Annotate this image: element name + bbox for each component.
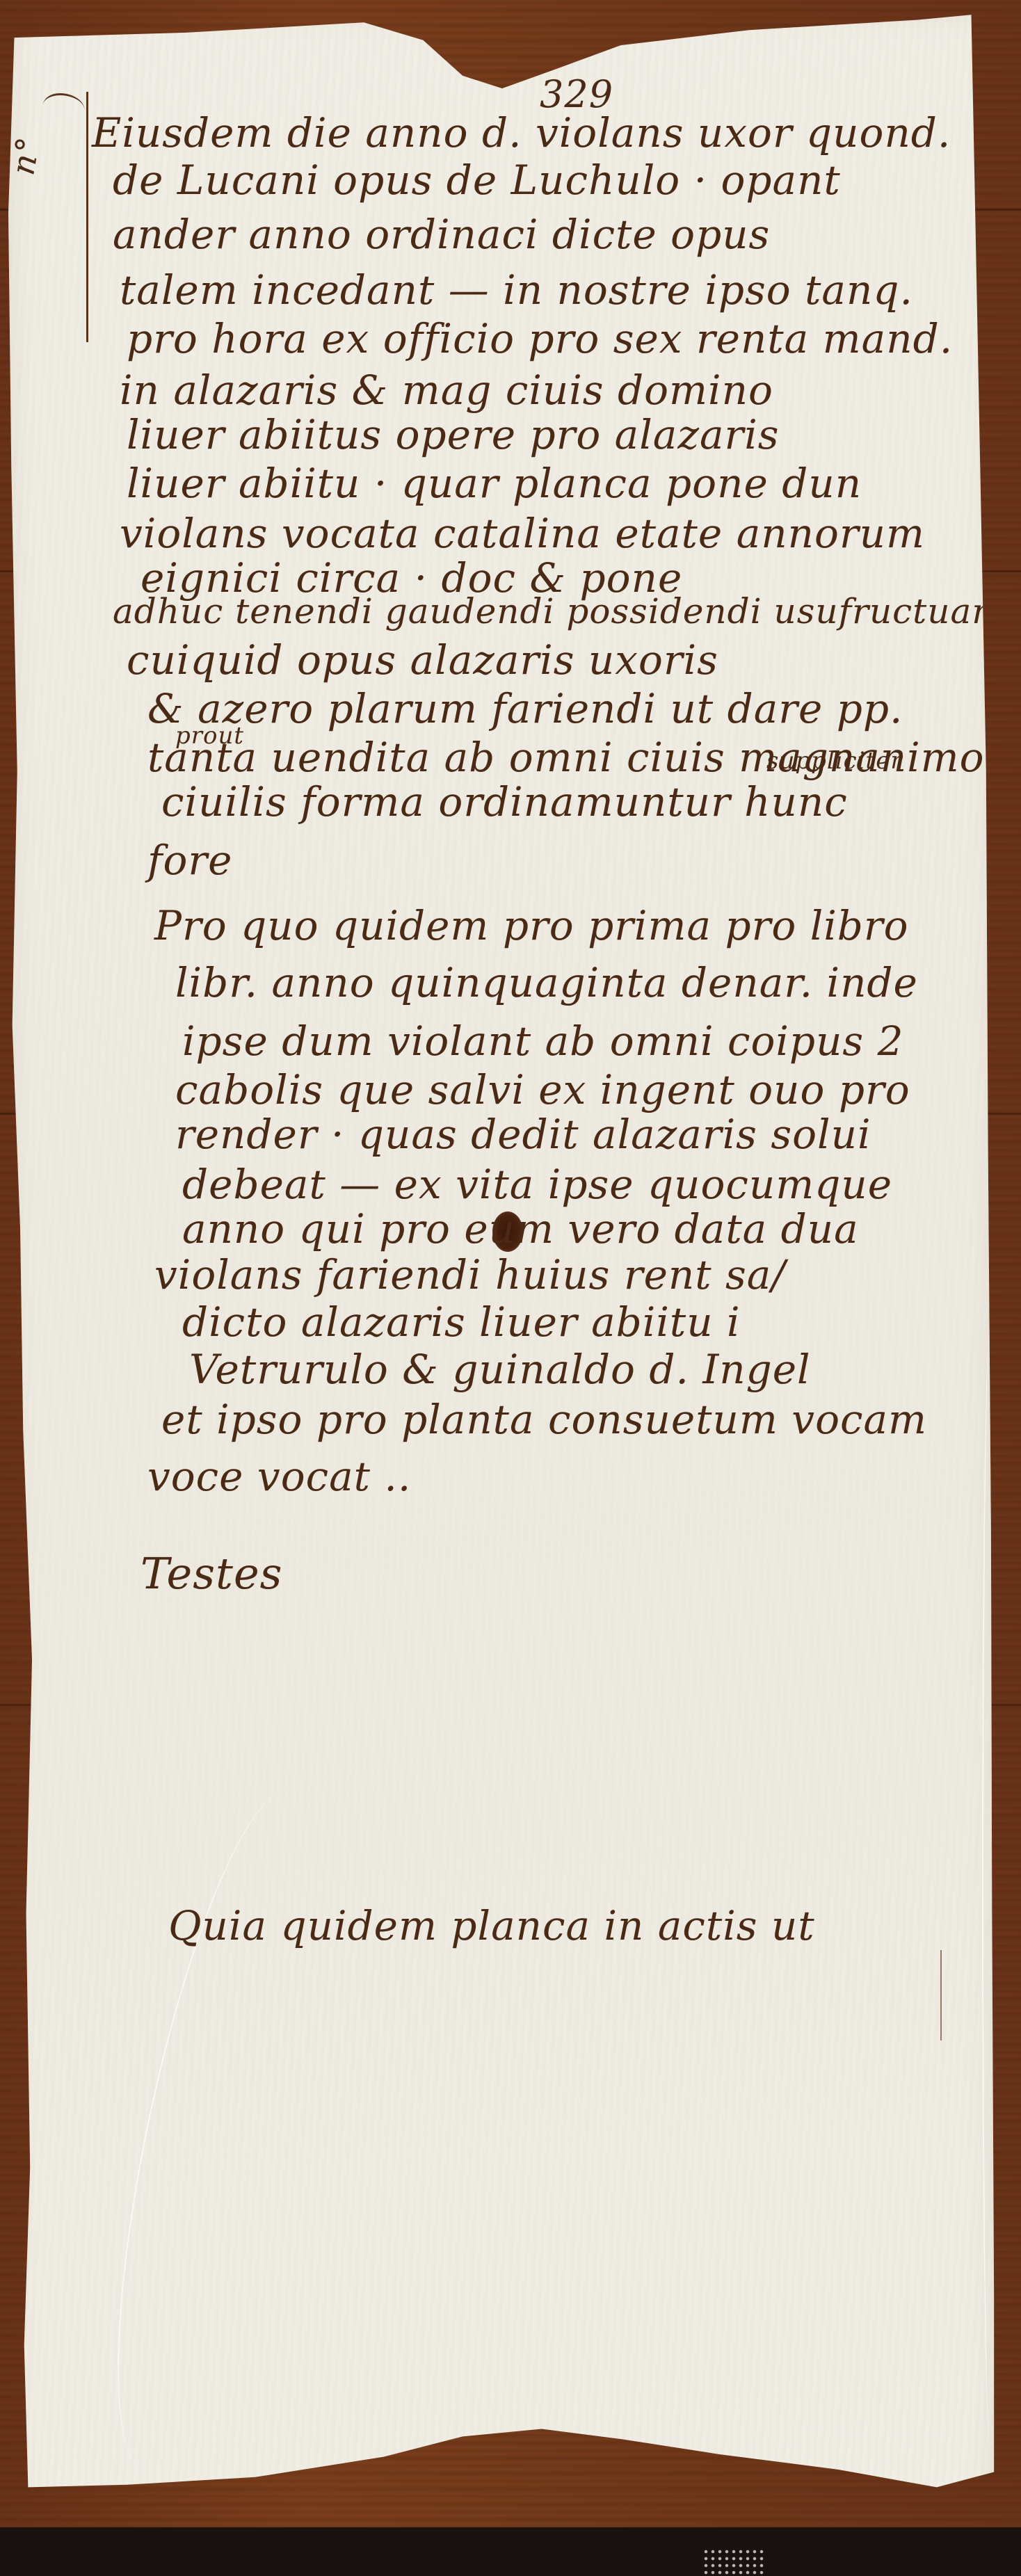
interlinear-insertion: suppliciter bbox=[766, 747, 903, 775]
text-line: debeat — ex vita ipse quocumque bbox=[182, 1164, 892, 1205]
margin-note: n° bbox=[3, 134, 47, 178]
text-line: voce vocat .. bbox=[147, 1456, 411, 1497]
paper-crease bbox=[982, 1331, 997, 2444]
paper-crease bbox=[77, 1776, 358, 2486]
text-line: talem incedant — in nostre ipso tanq. bbox=[120, 270, 913, 310]
text-line: violans vocata catalina etate annorum bbox=[120, 513, 925, 554]
text-line: ander anno ordinaci dicte opus bbox=[113, 214, 770, 255]
text-line: liuer abiitu · quar planca pone dun bbox=[127, 463, 862, 504]
text-line: Eiusdem die anno d. violans uxor quond. bbox=[92, 113, 951, 153]
text-line: dicto alazaris liuer abiitu i bbox=[182, 1302, 741, 1342]
text-line: adhuc tenendi gaudendi possidendi usufru… bbox=[113, 594, 1021, 629]
text-line: violans fariendi huius rent sa/ bbox=[154, 1255, 786, 1295]
text-line: in alazaris & mag ciuis domino bbox=[120, 370, 773, 410]
closing-descender bbox=[940, 1950, 942, 2040]
margin-bracket-top bbox=[43, 93, 85, 123]
text-line: ipse dum violant ab omni coipus 2 bbox=[182, 1021, 904, 1061]
text-line: fore bbox=[147, 840, 232, 880]
text-line: anno qui pro eum vero data dua bbox=[182, 1209, 859, 1249]
text-line: liuer abiitus opere pro alazaris bbox=[127, 414, 780, 455]
text-line: libr. anno quinquaginta denar. inde bbox=[175, 963, 918, 1003]
text-line: pro hora ex officio pro sex renta mand. bbox=[127, 319, 953, 359]
text-line: cabolis que salvi ex ingent ouo pro bbox=[175, 1070, 910, 1110]
textile-strip bbox=[702, 2548, 765, 2576]
text-line: ciuilis forma ordinamuntur hunc bbox=[161, 782, 848, 822]
text-line: et ipso pro planta consuetum vocam bbox=[161, 1399, 927, 1440]
text-line: de Lucani opus de Luchulo · opant bbox=[113, 160, 841, 200]
witnesses-heading: Testes bbox=[140, 1548, 282, 1599]
text-line: render · quas dedit alazaris solui bbox=[175, 1114, 871, 1154]
margin-bracket bbox=[86, 92, 88, 342]
text-line: & azero plarum fariendi ut dare pp. bbox=[147, 689, 903, 729]
dark-background-band bbox=[0, 2527, 1021, 2576]
manuscript-leaf: 329 n° Eiusdem die anno d. violans uxor … bbox=[8, 10, 996, 2548]
closing-note: Quia quidem planca in actis ut bbox=[168, 1906, 815, 1946]
text-line: Vetrurulo & guinaldo d. Ingel bbox=[189, 1349, 811, 1390]
text-line: Pro quo quidem pro prima pro libro bbox=[154, 905, 909, 946]
